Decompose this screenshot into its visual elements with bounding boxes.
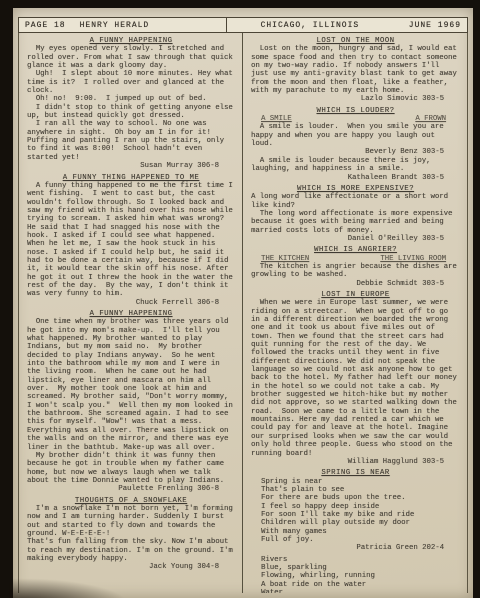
article-byline: Beverly Benz 303-5 bbox=[251, 148, 460, 156]
article-byline: Patricia Green 202-4 bbox=[251, 544, 460, 552]
poem-body: Rivers Blue, sparkling Flowing, whirling… bbox=[251, 556, 460, 593]
page-number: PAGE 18 bbox=[25, 21, 66, 30]
subhead-a-frown: A FROWN bbox=[415, 115, 446, 123]
article-funny-happening-1: A FUNNY HAPPENING My eyes opened very sl… bbox=[27, 37, 235, 171]
article-title: THOUGHTS OF A SNOWFLAKE bbox=[27, 497, 235, 505]
article-lost-on-the-moon: LOST ON THE MOON Lost on the moon, hungr… bbox=[251, 37, 460, 104]
newspaper-sheet: PAGE 18 HENRY HERALD CHICAGO, ILLINOIS J… bbox=[13, 8, 473, 598]
article-byline: Lazlo Simovic 303-5 bbox=[251, 95, 460, 103]
article-body: When we were in Europe last summer, we w… bbox=[251, 299, 460, 458]
article-byline: Chuck Ferrell 306-8 bbox=[27, 299, 235, 307]
article-title: WHICH IS ANGRIER? bbox=[251, 246, 460, 254]
article-title: SPRING IS NEAR bbox=[251, 469, 460, 477]
article-which-is-angrier: WHICH IS ANGRIER? THE KITCHEN THE LIVING… bbox=[251, 246, 460, 288]
article-byline: Susan Murray 306-8 bbox=[27, 162, 235, 170]
masthead-city: CHICAGO, ILLINOIS bbox=[261, 21, 360, 30]
article-body-2: A smile is louder because there is joy, … bbox=[251, 157, 460, 174]
article-title: WHICH IS LOUDER? bbox=[251, 107, 460, 115]
article-body: My eyes opened very slowly. I stretched … bbox=[27, 45, 235, 162]
article-body: The kitchen is angrier because the dishe… bbox=[251, 263, 460, 280]
article-byline: Jack Young 304-8 bbox=[27, 563, 235, 571]
subhead-the-living-room: THE LIVING ROOM bbox=[380, 255, 446, 263]
article-byline: Debbie Schmidt 303-5 bbox=[251, 280, 460, 288]
article-byline-2: Kathaleen Brandt 303-5 bbox=[251, 174, 460, 182]
right-column: LOST ON THE MOON Lost on the moon, hungr… bbox=[243, 33, 467, 593]
masthead-left-cell: PAGE 18 HENRY HERALD bbox=[18, 17, 226, 33]
masthead: PAGE 18 HENRY HERALD CHICAGO, ILLINOIS J… bbox=[18, 17, 468, 33]
poem-body: Spring is near That's plain to see For t… bbox=[251, 478, 460, 545]
paper-title: HENRY HERALD bbox=[80, 21, 150, 30]
article-subheads: THE KITCHEN THE LIVING ROOM bbox=[251, 255, 460, 263]
article-rivers-poem: Rivers Blue, sparkling Flowing, whirling… bbox=[251, 556, 460, 593]
article-body: Lost on the moon, hungry and sad, I woul… bbox=[251, 45, 460, 95]
subhead-a-smile: A SMILE bbox=[261, 115, 292, 123]
article-title: WHICH IS MORE EXPENSIVE? bbox=[251, 185, 460, 193]
article-byline: Paulette Frenling 306-8 bbox=[27, 485, 235, 493]
article-byline: William Hagglund 303-5 bbox=[251, 458, 460, 466]
article-title: A FUNNY THING HAPPENED TO ME bbox=[27, 174, 235, 182]
article-body: One time when my brother was three years… bbox=[27, 318, 235, 485]
article-body: A long word like affectionate or a short… bbox=[251, 193, 460, 235]
scanned-page: PAGE 18 HENRY HERALD CHICAGO, ILLINOIS J… bbox=[0, 0, 480, 598]
article-byline: Daniel O'Reilley 303-5 bbox=[251, 235, 460, 243]
article-funny-happening-2: A FUNNY HAPPENING One time when my broth… bbox=[27, 310, 235, 494]
article-thoughts-of-a-snowflake: THOUGHTS OF A SNOWFLAKE I'm a snowflake … bbox=[27, 497, 235, 572]
article-columns: A FUNNY HAPPENING My eyes opened very sl… bbox=[18, 33, 468, 593]
masthead-right-cell: CHICAGO, ILLINOIS JUNE 1969 bbox=[226, 17, 468, 33]
article-body: I'm a snowflake I'm not born yet, I'm fo… bbox=[27, 505, 235, 563]
article-lost-in-europe: LOST IN EUROPE When we were in Europe la… bbox=[251, 291, 460, 466]
article-spring-is-near: SPRING IS NEAR Spring is near That's pla… bbox=[251, 469, 460, 552]
subhead-the-kitchen: THE KITCHEN bbox=[261, 255, 309, 263]
masthead-date: JUNE 1969 bbox=[409, 21, 461, 30]
left-column: A FUNNY HAPPENING My eyes opened very sl… bbox=[19, 33, 243, 593]
article-body: A smile is louder. When you smile you ar… bbox=[251, 123, 460, 148]
article-funny-thing-happened: A FUNNY THING HAPPENED TO ME A funny thi… bbox=[27, 174, 235, 308]
article-which-is-louder: WHICH IS LOUDER? A SMILE A FROWN A smile… bbox=[251, 107, 460, 182]
article-which-is-more-expensive: WHICH IS MORE EXPENSIVE? A long word lik… bbox=[251, 185, 460, 243]
article-body: A funny thing happened to me the first t… bbox=[27, 182, 235, 299]
